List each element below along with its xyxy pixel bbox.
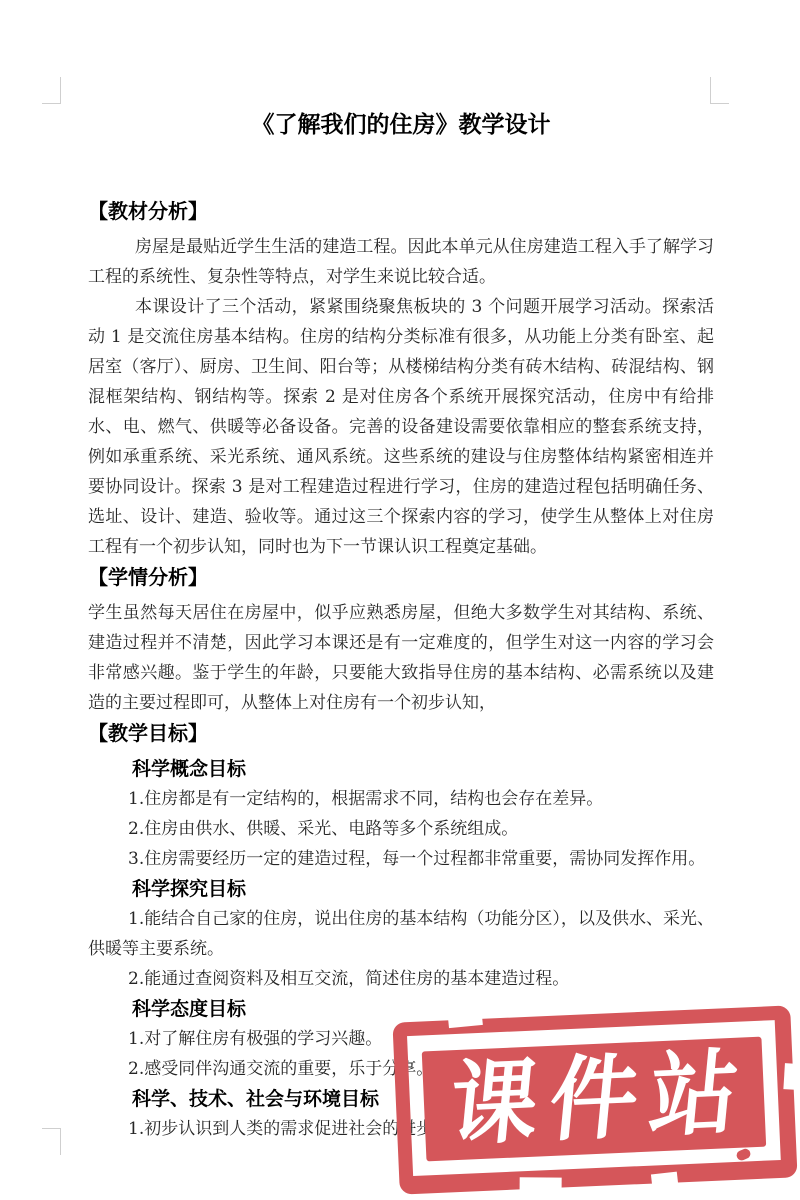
text-boundary-mark-top-left bbox=[42, 77, 61, 104]
subheading-science-concept-goals: 科学概念目标 bbox=[88, 754, 714, 784]
paragraph: 本课设计了三个活动，紧紧围绕聚焦板块的 3 个问题开展学习活动。探索活动 1 是… bbox=[88, 292, 714, 562]
document-page: 《了解我们的住房》教学设计 【教材分析】 房屋是最贴近学生生活的建造工程。因此本… bbox=[0, 0, 800, 1200]
stamp-text: 课件站 bbox=[434, 1046, 755, 1152]
list-item: 1.住房都是有一定结构的，根据需求不同，结构也会存在差异。 bbox=[88, 784, 714, 814]
section-heading-textbook-analysis: 【教材分析】 bbox=[88, 196, 714, 226]
stamp-texture-notch bbox=[651, 1172, 678, 1187]
stamp-fill: 课件站 bbox=[422, 1037, 766, 1162]
paragraph: 房屋是最贴近学生生活的建造工程。因此本单元从住房建造工程入手了解学习工程的系统性… bbox=[88, 232, 714, 292]
document-title: 《了解我们的住房》教学设计 bbox=[88, 110, 714, 140]
text-boundary-mark-top-right bbox=[710, 77, 729, 104]
subheading-science-inquiry-goals: 科学探究目标 bbox=[88, 874, 714, 904]
section-heading-learner-analysis: 【学情分析】 bbox=[88, 562, 714, 592]
stamp-texture-notch bbox=[783, 1063, 797, 1090]
list-item: 2.住房由供水、供暖、采光、电路等多个系统组成。 bbox=[88, 814, 714, 844]
document-content: 《了解我们的住房》教学设计 【教材分析】 房屋是最贴近学生生活的建造工程。因此本… bbox=[88, 103, 714, 1144]
text-boundary-mark-bottom-left bbox=[42, 1128, 61, 1155]
stamp-texture-notch bbox=[520, 1177, 562, 1191]
paragraph: 学生虽然每天居住在房屋中，似乎应熟悉房屋，但绝大多数学生对其结构、系统、建造过程… bbox=[88, 598, 714, 718]
list-item: 3.住房需要经历一定的建造过程，每一个过程都非常重要，需协同发挥作用。 bbox=[88, 844, 714, 874]
list-item: 2.能通过查阅资料及相互交流，简述住房的基本建造过程。 bbox=[88, 964, 714, 994]
section-heading-teaching-objectives: 【教学目标】 bbox=[88, 718, 714, 748]
watermark-stamp: 课件站 bbox=[392, 1005, 797, 1194]
list-item: 1.能结合自己家的住房，说出住房的基本结构（功能分区），以及供水、采光、供暖等主… bbox=[88, 904, 714, 964]
